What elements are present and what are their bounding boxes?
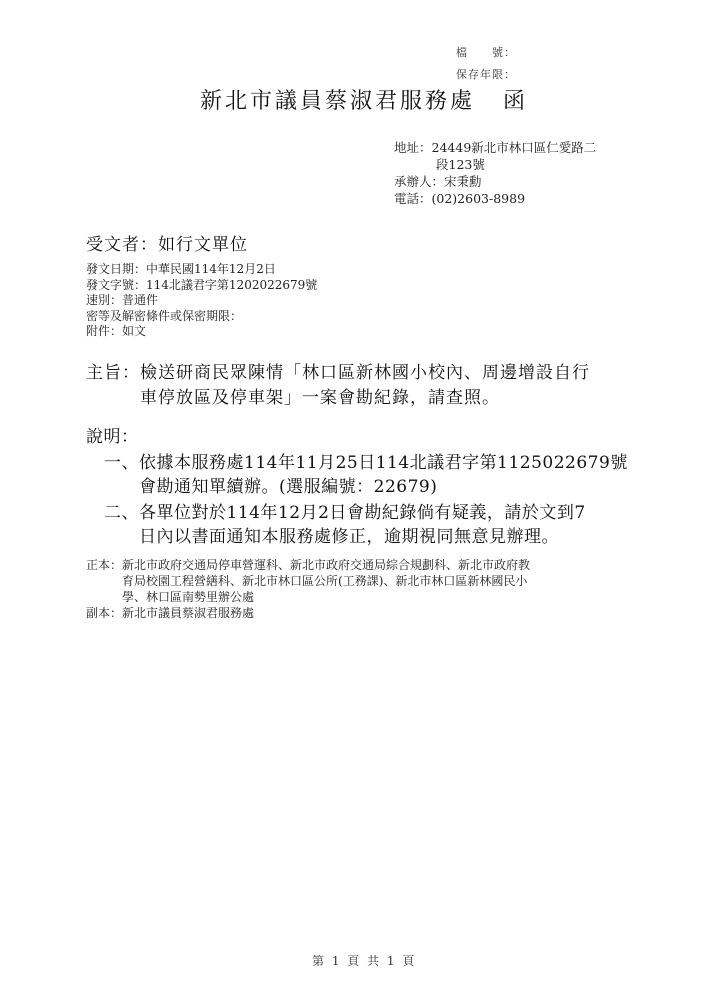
subject-label: 主旨： <box>86 361 140 411</box>
secrecy-row: 密等及解密條件或保密期限： <box>86 309 317 325</box>
recipient-value: 如行文單位 <box>158 235 248 255</box>
document-info: 發文日期：中華民國114年12月2日 發文字號：114北議君字第12020226… <box>86 262 317 340</box>
address-row: 地址：24449新北市林口區仁愛路二 <box>394 139 596 156</box>
issue-date: 中華民國114年12月2日 <box>146 262 276 276</box>
explanation-label: 說明： <box>86 425 628 449</box>
phone-value: (02)2603-8989 <box>432 191 526 206</box>
recipient: 受文者：如行文單位 <box>86 230 248 255</box>
main-recipients-label: 正本： <box>86 557 122 605</box>
speed-value: 普通件 <box>122 293 158 307</box>
handler-row: 承辦人：宋秉勳 <box>394 173 596 190</box>
document-type: 函 <box>503 89 528 114</box>
cc-recipients: 副本： 新北市議員蔡淑君服務處 <box>86 605 530 621</box>
issue-number-row: 發文字號：114北議君字第1202022679號 <box>86 278 317 294</box>
handler-value: 宋秉勳 <box>444 174 482 189</box>
explanation-item: 一、 依據本服務處114年11月25日114北議君字第1125022679號 會… <box>86 451 628 499</box>
subject-line: 檢送研商民眾陳情「林口區新林國小校內、周邊增設自行 <box>140 361 590 386</box>
distribution-section: 正本： 新北市政府交通局停車營運科、新北市政府交通局綜合規劃科、新北市政府教 育… <box>86 557 530 621</box>
main-recipients: 正本： 新北市政府交通局停車營運科、新北市政府交通局綜合規劃科、新北市政府教 育… <box>86 557 530 605</box>
address-row-continued: 段123號 <box>394 156 596 173</box>
issue-date-row: 發文日期：中華民國114年12月2日 <box>86 262 317 278</box>
cc-label: 副本： <box>86 605 122 621</box>
address-value: 24449新北市林口區仁愛路二 <box>432 140 597 155</box>
attachment-row: 附件：如文 <box>86 324 317 340</box>
recipient-label: 受文者： <box>86 235 158 255</box>
explanation-item: 二、 各單位對於114年12月2日會勘紀錄倘有疑義，請於文到7 日內以書面通知本… <box>86 501 628 549</box>
document-title: 新北市議員蔡淑君服務處函 <box>200 84 528 115</box>
retention-period-label: 保存年限： <box>456 66 516 82</box>
cc-value: 新北市議員蔡淑君服務處 <box>122 605 254 621</box>
item-number: 二、 <box>104 501 139 549</box>
subject-section: 主旨： 檢送研商民眾陳情「林口區新林國小校內、周邊增設自行 車停放區及停車架」一… <box>86 361 590 411</box>
subject-line: 車停放區及停車架」一案會勘紀錄，請查照。 <box>140 386 590 411</box>
attachment-value: 如文 <box>122 324 146 338</box>
issue-number: 114北議君字第1202022679號 <box>146 278 317 292</box>
item-number: 一、 <box>104 451 139 499</box>
sender-info: 地址：24449新北市林口區仁愛路二 段123號 承辦人：宋秉勳 電話：(02)… <box>394 139 596 207</box>
file-number-label: 檔 號： <box>456 44 516 60</box>
phone-row: 電話：(02)2603-8989 <box>394 190 596 207</box>
issuer-name: 新北市議員蔡淑君服務處 <box>200 89 475 114</box>
page-number: 第 1 頁 共 1 頁 <box>312 952 416 969</box>
speed-row: 速別：普通件 <box>86 293 317 309</box>
explanation-section: 說明： 一、 依據本服務處114年11月25日114北議君字第112502267… <box>86 425 628 549</box>
